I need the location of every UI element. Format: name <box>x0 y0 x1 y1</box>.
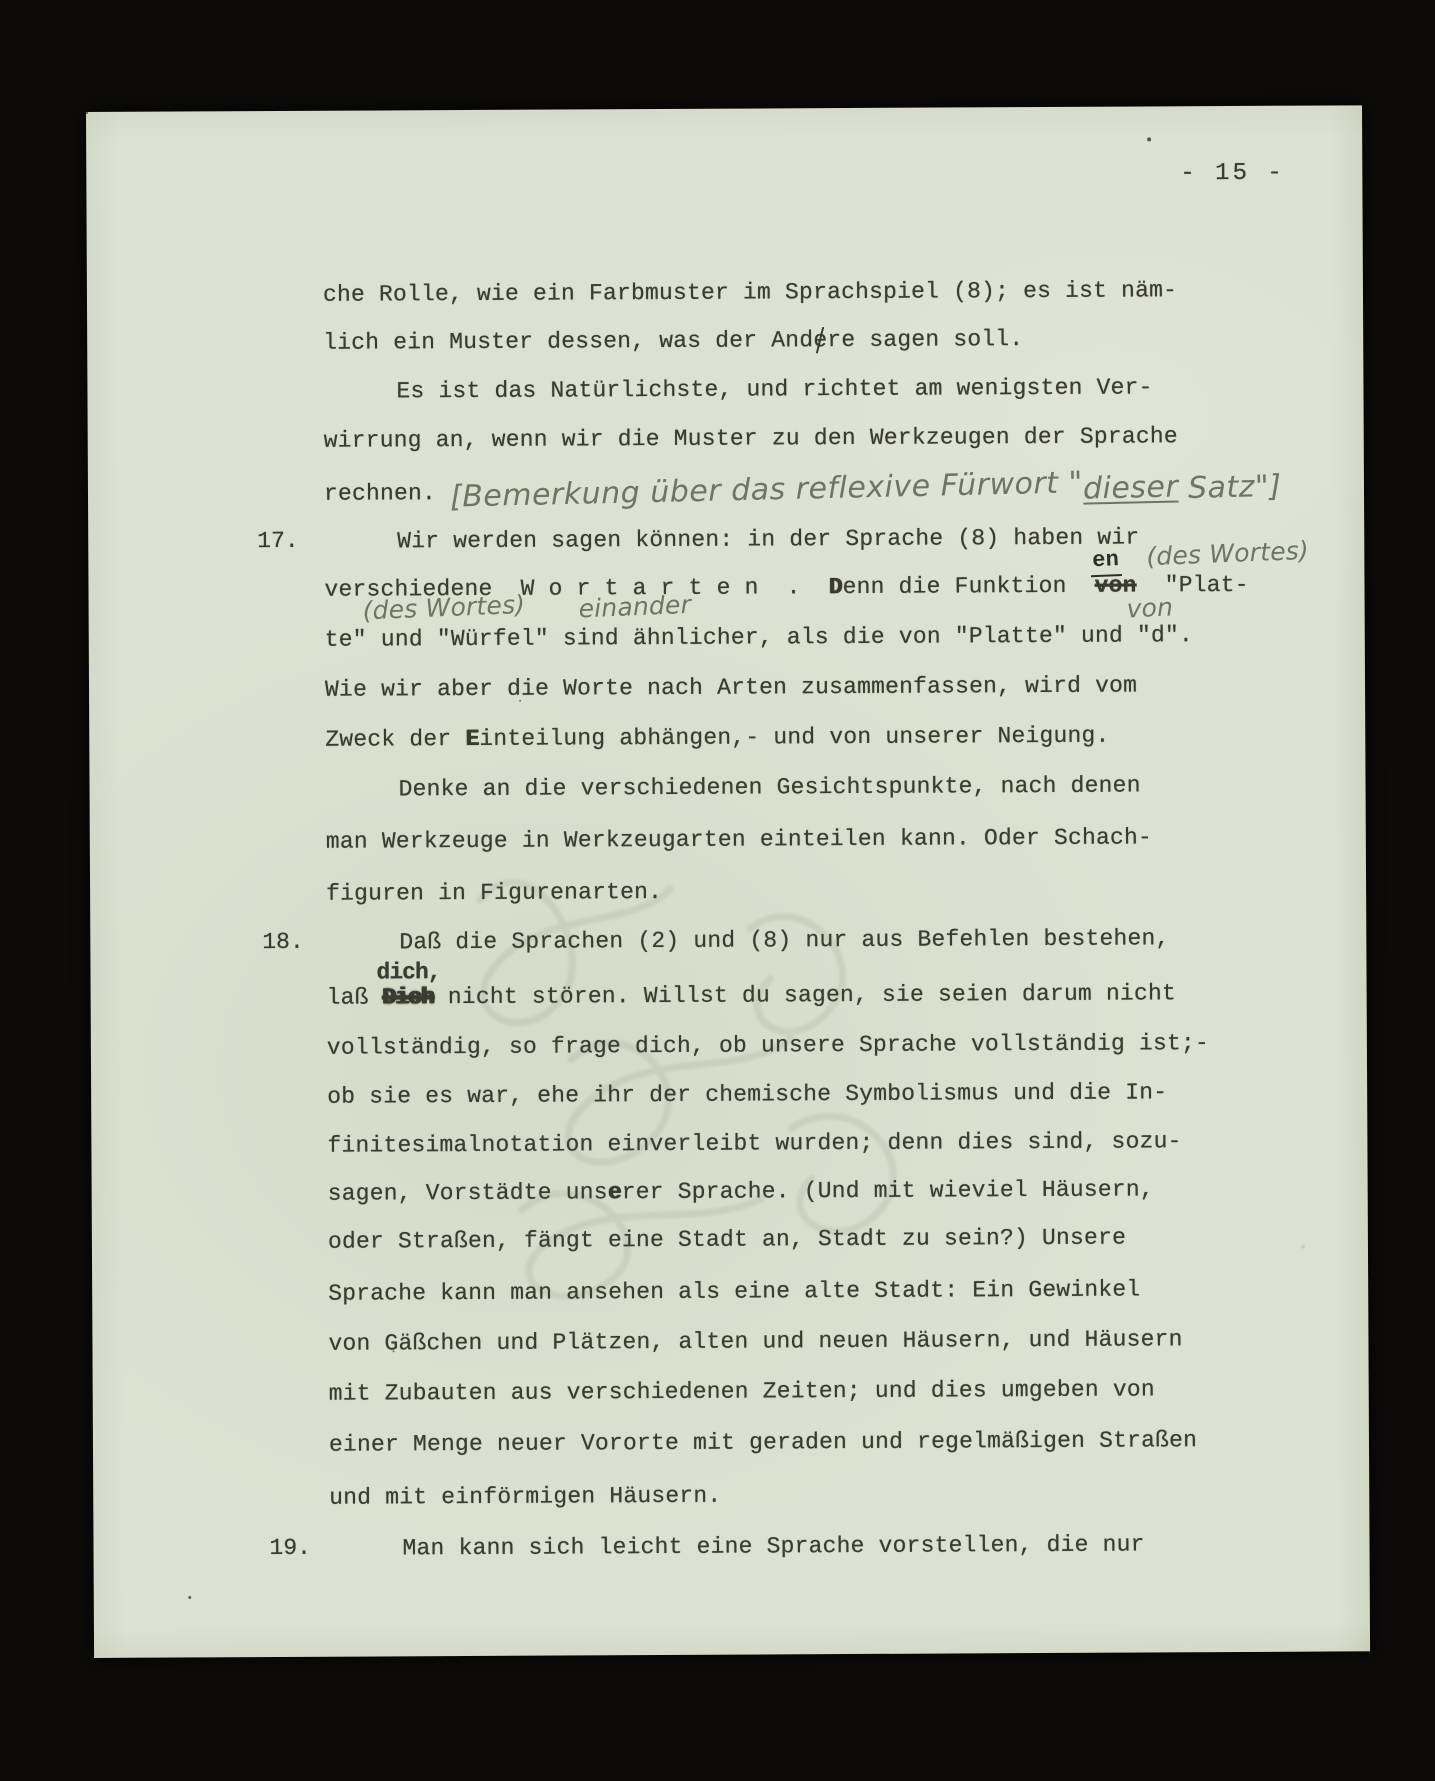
typescript-page: - 15 - 17.18.19.che Rolle, wie ein Farbm… <box>86 105 1370 1658</box>
typed-text: Es ist das Natürlichste, und richtet am … <box>396 374 1152 404</box>
overtyped-char: E <box>465 726 479 752</box>
text-line: von Gäßchen und Plätzen, alten und neuen… <box>328 1325 1182 1357</box>
typed-text: Wie wir aber die Worte nach Arten zusamm… <box>325 673 1137 703</box>
paper-specks <box>86 112 88 114</box>
paragraph-number: 17. <box>257 528 299 554</box>
typed-text: inteilung abhängen,- und von unserer Nei… <box>479 723 1109 752</box>
typed-text: enn die Funktion <box>843 573 1095 600</box>
overstruck-word: Dichdich, <box>383 984 434 1010</box>
text-line: sagen, Vorstädte unserer Sprache. (Und m… <box>328 1175 1154 1207</box>
text-line: Es ist das Natürlichste, und richtet am … <box>396 373 1152 405</box>
typed-text: sagen, Vorstädte uns <box>328 1179 608 1206</box>
text-line: rechnen. [Bemerkung über das reflexive F… <box>324 472 1282 508</box>
typed-text: ob sie es war, ehe ihr der chemische Sym… <box>327 1079 1167 1109</box>
text-lines: 17.18.19.che Rolle, wie ein Farbmuster i… <box>86 105 1362 112</box>
typed-text: mit Zubauten aus verschiedenen Zeiten; u… <box>329 1376 1155 1406</box>
typed-text: "Würfel" sind <box>423 625 619 652</box>
typed-text: wirrung an, wenn wir die Muster zu den W… <box>324 423 1178 453</box>
text-line: Daß die Sprachen (2) und (8) nur aus Bef… <box>399 924 1169 956</box>
typed-text: Sprache kann man ansehen als eine alte S… <box>328 1276 1140 1306</box>
typed-text: lich ein Muster dessen, was der And <box>323 327 813 356</box>
text-line: Sprache kann man ansehen als eine alte S… <box>328 1275 1140 1307</box>
handwritten-annotation: [Bemerkung über das reflexive Fürwort " <box>450 469 1083 511</box>
typed-text: ähnlicher,einander <box>619 624 773 651</box>
insertion-annotation: (des Wortes) <box>1146 537 1310 572</box>
typed-text: und mit einförmigen Häusern. <box>329 1483 721 1511</box>
typed-text: rer Sprache. (Und mit wieviel Häusern, <box>622 1176 1154 1205</box>
typed-text: che Rolle, wie ein Farbmuster im Sprachs… <box>323 277 1177 307</box>
text-line: Denke an die verschiedenen Gesichtspunkt… <box>398 771 1140 803</box>
text-line: te" und(des Wortes) "Würfel" sind ähnlic… <box>325 621 1193 654</box>
typed-text: re sagen soll. <box>827 326 1023 353</box>
typed-text: oder Straßen, fängt eine Stadt an, Stadt… <box>328 1225 1126 1255</box>
paragraph-number: 18. <box>262 929 304 955</box>
scanned-typescript-photo: { "page": { "number_label": "- 15 -" }, … <box>0 0 1435 1781</box>
insertion-annotation: dich, <box>376 958 440 986</box>
text-line: lich ein Muster dessen, was der Andere s… <box>323 325 1023 357</box>
text-line: ob sie es war, ehe ihr der chemische Sym… <box>327 1078 1167 1110</box>
typed-text: Zweck der <box>325 726 465 753</box>
text-line: man Werkzeuge in Werkzeugarten einteilen… <box>326 823 1152 855</box>
text-line: figuren in Figurenarten. <box>326 878 662 908</box>
typed-text: Man kann sich leicht eine Sprache vorste… <box>402 1531 1144 1561</box>
handwritten-underlined-word: dieser <box>1083 473 1179 503</box>
text-line: finitesimalnotation einverleibt wurden; … <box>327 1127 1181 1159</box>
typed-text: Wir werden sagen können: in der Sprache … <box>397 524 1139 554</box>
overtyped-char: e <box>608 1179 622 1205</box>
text-line: laß Dichdich, nicht stören. Willst du sa… <box>327 979 1176 1011</box>
typed-text: figuren in Figurenarten. <box>326 879 662 907</box>
typed-text: finitesimalnotation einverleibt wurden; … <box>327 1128 1181 1158</box>
typed-text: Denke an die verschiedenen Gesichtspunkt… <box>398 772 1140 802</box>
handwritten-annotation: Satz"] <box>1178 473 1282 503</box>
text-line: wirrung an, wenn wir die Muster zu den W… <box>324 422 1178 454</box>
text-line: und mit einförmigen Häusern. <box>329 1482 721 1512</box>
typed-text: von Gäßchen und Plätzen, alten und neuen… <box>328 1326 1182 1356</box>
overtyped-char: D <box>829 574 843 600</box>
paragraph-number: 19. <box>269 1535 311 1561</box>
typed-text: te" <box>325 626 381 652</box>
text-line: einer Menge neuer Vororte mit geraden un… <box>329 1426 1197 1459</box>
text-line: oder Straßen, fängt eine Stadt an, Stadt… <box>328 1224 1126 1256</box>
typed-text: man Werkzeuge in Werkzeugarten einteilen… <box>326 824 1152 854</box>
text-line: Zweck der Einteilung abhängen,- und von … <box>325 722 1109 754</box>
text-line: che Rolle, wie ein Farbmuster im Sprachs… <box>323 276 1177 308</box>
text-line: Man kann sich leicht eine Sprache vorste… <box>402 1530 1144 1562</box>
insertion-annotation: einander <box>578 591 692 623</box>
text-line: Wie wir aber die Worte nach Arten zusamm… <box>325 672 1137 704</box>
typed-text: Daß die Sprachen (2) und (8) nur aus Bef… <box>399 925 1169 955</box>
text-line: Wir werden sagen können: in der Sprache … <box>397 523 1139 555</box>
typed-text: laß <box>327 984 383 1010</box>
insertion-annotation: von <box>1126 594 1174 624</box>
page-number: - 15 - <box>1180 160 1285 188</box>
typed-text: und(des Wortes) <box>381 626 423 652</box>
slashed-char: e <box>813 327 827 353</box>
typed-text: einer Menge neuer Vororte mit geraden un… <box>329 1427 1197 1458</box>
typed-text: rechnen. <box>324 480 450 507</box>
typed-text: vollständig, so frage dich, ob unsere Sp… <box>327 1030 1209 1061</box>
typed-text: nicht stören. Willst du sagen, sie seien… <box>434 980 1176 1010</box>
typed-text: "d".von <box>1137 622 1193 648</box>
insertion-annotation: (des Wortes) <box>362 591 526 626</box>
typed-text: als die von "Platte" und <box>773 623 1137 651</box>
text-line: vollständig, so frage dich, ob unsere Sp… <box>327 1029 1209 1062</box>
text-line: mit Zubauten aus verschiedenen Zeiten; u… <box>329 1375 1155 1407</box>
insertion-annotation: en <box>1090 546 1122 577</box>
